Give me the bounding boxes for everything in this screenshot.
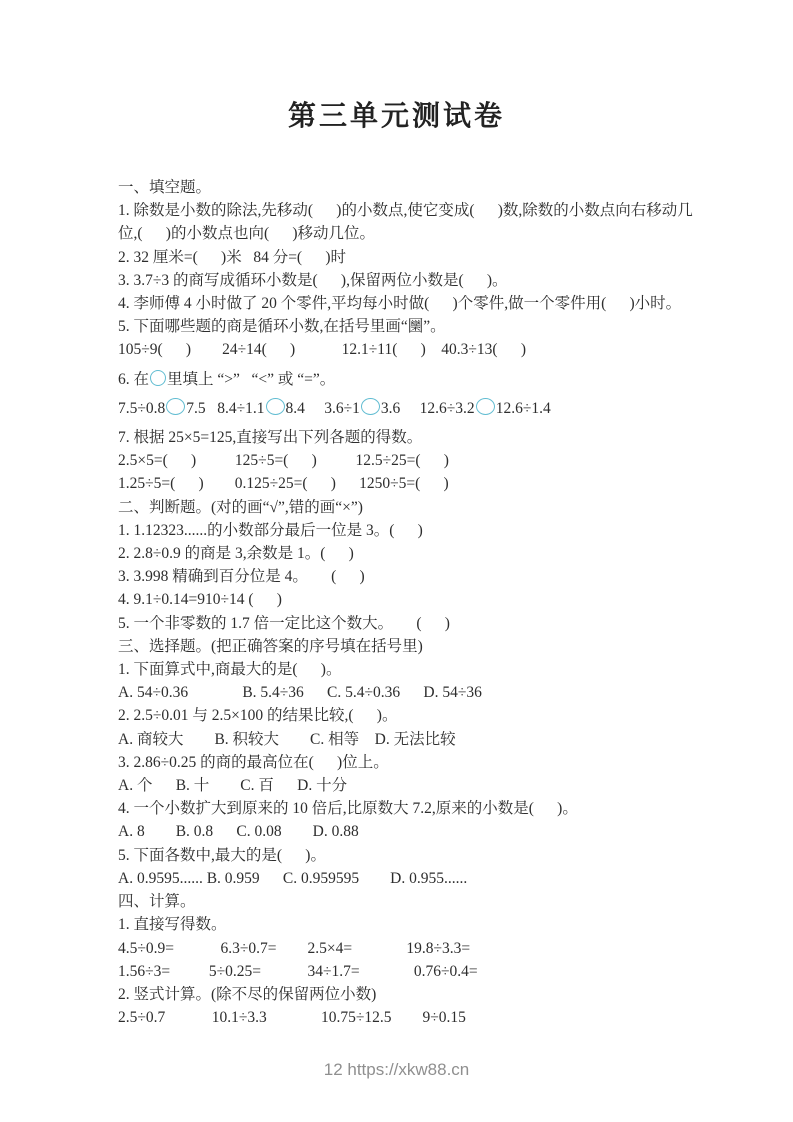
calc-q2: 2. 竖式计算。(除不尽的保留两位小数) <box>118 983 698 1006</box>
judge-q1: 1. 1.12323......的小数部分最后一位是 3。( ) <box>118 519 698 542</box>
test-paper-page: 第三单元测试卷 一、填空题。 1. 除数是小数的除法,先移动( )的小数点,使它… <box>0 0 793 1122</box>
compare-circle-icon <box>166 398 185 415</box>
fill-q5: 5. 下面哪些题的商是循环小数,在括号里画“圞”。 <box>118 315 698 338</box>
judge-q5: 5. 一个非零数的 1.7 倍一定比这个数大。 ( ) <box>118 612 698 635</box>
fill-q6-compare-row: 7.5÷0.87.5 8.4÷1.18.4 3.6÷13.6 12.6÷3.21… <box>118 397 698 420</box>
calc-q1: 1. 直接写得数。 <box>118 913 698 936</box>
choice-q5-options: A. 0.9595...... B. 0.959 C. 0.959595 D. … <box>118 867 698 890</box>
fill-q7: 7. 根据 25×5=125,直接写出下列各题的得数。 <box>118 426 698 449</box>
section-fill-header: 一、填空题。 <box>118 176 698 199</box>
choice-q1: 1. 下面算式中,商最大的是( )。 <box>118 658 698 681</box>
choice-q1-options: A. 54÷0.36 B. 5.4÷36 C. 5.4÷0.36 D. 54÷3… <box>118 681 698 704</box>
fill-q5-equations-row: 105÷9( ) 24÷14( ) 12.1÷11( ) 40.3÷13( ) <box>118 338 698 361</box>
page-footer-url: 12 https://xkw88.cn <box>0 1060 793 1080</box>
section-calc-header: 四、计算。 <box>118 890 698 913</box>
compare-circle-icon <box>476 398 495 415</box>
fill-q6-row-part: 8.4 3.6÷1 <box>286 400 360 417</box>
fill-q6-row-part: 7.5÷0.8 <box>118 400 165 417</box>
choice-q5: 5. 下面各数中,最大的是( )。 <box>118 844 698 867</box>
choice-q3: 3. 2.86÷0.25 的商的最高位在( )位上。 <box>118 751 698 774</box>
compare-circle-icon <box>266 398 285 415</box>
section-judge-header: 二、判断题。(对的画“√”,错的画“×”) <box>118 496 698 519</box>
compare-circle-icon <box>150 370 166 386</box>
choice-q2: 2. 2.5÷0.01 与 2.5×100 的结果比较,( )。 <box>118 704 698 727</box>
section-choice-header: 三、选择题。(把正确答案的序号填在括号里) <box>118 635 698 658</box>
fill-q1-line1: 1. 除数是小数的除法,先移动( )的小数点,使它变成( )数,除数的小数点向右… <box>118 199 698 222</box>
fill-q4: 4. 李师傅 4 小时做了 20 个零件,平均每小时做( )个零件,做一个零件用… <box>118 292 698 315</box>
fill-q3: 3. 3.7÷3 的商写成循环小数是( ),保留两位小数是( )。 <box>118 269 698 292</box>
fill-q6: 6. 在里填上 “>” “<” 或 “=”。 <box>118 368 698 391</box>
fill-q6-text-pre: 6. 在 <box>118 371 149 388</box>
fill-q6-row-part: 12.6÷1.4 <box>496 400 551 417</box>
fill-q6-text-post: 里填上 “>” “<” 或 “=”。 <box>167 371 335 388</box>
choice-q4: 4. 一个小数扩大到原来的 10 倍后,比原数大 7.2,原来的小数是( )。 <box>118 797 698 820</box>
judge-q4: 4. 9.1÷0.14=910÷14 ( ) <box>118 588 698 611</box>
fill-q2: 2. 32 厘米=( )米 84 分=( )时 <box>118 246 698 269</box>
page-title: 第三单元测试卷 <box>0 94 793 134</box>
fill-q7-row2: 1.25÷5=( ) 0.125÷25=( ) 1250÷5=( ) <box>118 472 698 495</box>
choice-q4-options: A. 8 B. 0.8 C. 0.08 D. 0.88 <box>118 820 698 843</box>
calc-q1-row1: 4.5÷0.9= 6.3÷0.7= 2.5×4= 19.8÷3.3= <box>118 937 698 960</box>
choice-q2-options: A. 商较大 B. 积较大 C. 相等 D. 无法比较 <box>118 728 698 751</box>
fill-q7-row1: 2.5×5=( ) 125÷5=( ) 12.5÷25=( ) <box>118 449 698 472</box>
judge-q3: 3. 3.998 精确到百分位是 4。 ( ) <box>118 565 698 588</box>
compare-circle-icon <box>361 398 380 415</box>
choice-q3-options: A. 个 B. 十 C. 百 D. 十分 <box>118 774 698 797</box>
calc-q2-row: 2.5÷0.7 10.1÷3.3 10.75÷12.5 9÷0.15 <box>118 1006 698 1029</box>
fill-q1-line2: 位,( )的小数点也向( )移动几位。 <box>118 222 698 245</box>
judge-q2: 2. 2.8÷0.9 的商是 3,余数是 1。( ) <box>118 542 698 565</box>
calc-q1-row2: 1.56÷3= 5÷0.25= 34÷1.7= 0.76÷0.4= <box>118 960 698 983</box>
fill-q6-row-part: 3.6 12.6÷3.2 <box>381 400 475 417</box>
fill-q6-row-part: 7.5 8.4÷1.1 <box>186 400 264 417</box>
paper-content: 一、填空题。 1. 除数是小数的除法,先移动( )的小数点,使它变成( )数,除… <box>118 176 698 1029</box>
